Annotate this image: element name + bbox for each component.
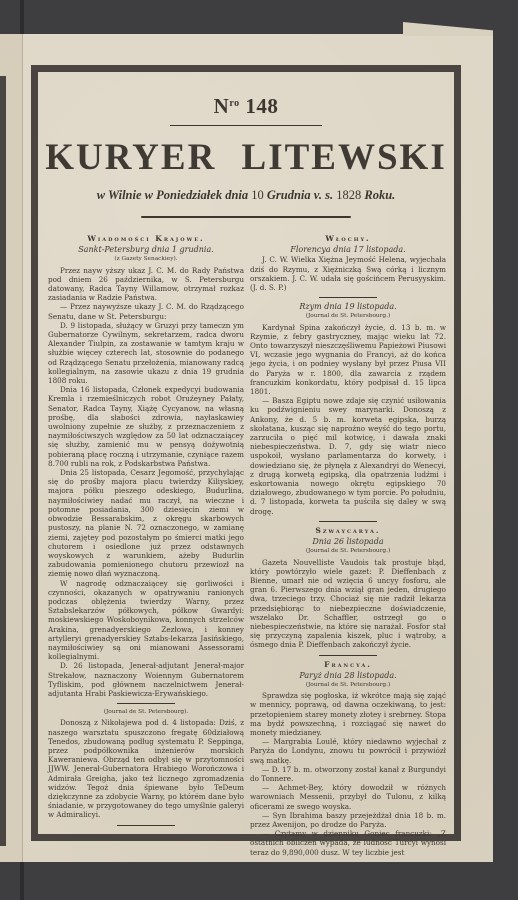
article-paragraph: Gazeta Nouvelliste Vaudois tak prostuje … <box>250 558 446 650</box>
article-paragraph: — Czytamy w dzienniku Goniec francuzki: … <box>250 829 446 857</box>
article-separator <box>117 703 175 704</box>
place-dateline: Paryż dnia 28 listopada. <box>250 671 446 680</box>
previous-page-edge <box>0 34 23 862</box>
source-note: (z Gazety Senackiey). <box>48 255 244 264</box>
previous-page-frame-fragment <box>0 76 6 846</box>
article-separator <box>319 297 377 298</box>
section-heading-domestic: Wiadomości Krajowe. <box>48 234 244 243</box>
source-note: (Journal de St. Petersbourg.) <box>250 312 446 321</box>
masthead-rule-bottom <box>141 216 351 218</box>
article-paragraph: — Basza Egiptu nowe zdaje się czynić usi… <box>250 396 446 516</box>
section-heading-switzerland: Szwaycarya. <box>250 526 446 535</box>
folded-corner <box>403 22 493 36</box>
page-border-frame: Nro 148 KURYER LITEWSKI w Wilnie w Ponie… <box>31 65 461 841</box>
article-columns: Wiadomości Krajowe. Sankt-Petersburg dni… <box>48 234 446 857</box>
article-paragraph: W nagrodę odznaczaiącey się gorliwości i… <box>48 579 244 662</box>
article-paragraph: — Achmet-Bey, który dowodził w różnych w… <box>250 783 446 811</box>
section-heading-france: Francya. <box>250 660 446 669</box>
masthead-rule-top <box>170 125 322 126</box>
article-paragraph: Dnia 25 listopada, Cesarz Jegomość, przy… <box>48 468 244 578</box>
issue-number: Nro 148 <box>42 94 450 119</box>
section-heading-italy: Włochy. <box>250 234 446 243</box>
column-end-rule <box>117 825 175 826</box>
place-dateline: Rzym dnia 19 listopada. <box>250 302 446 311</box>
dateline: w Wilnie w Poniedziałek dnia 10 Grudnia … <box>42 188 450 203</box>
newspaper-page: Nro 148 KURYER LITEWSKI w Wilnie w Ponie… <box>23 34 493 862</box>
left-column: Wiadomości Krajowe. Sankt-Petersburg dni… <box>48 234 244 857</box>
article-paragraph: — Przez naywyższe ukazy J. C. M. do Rząd… <box>48 302 244 320</box>
article-paragraph: Dnia 16 listopada, Członek expedycyi bud… <box>48 385 244 468</box>
article-paragraph: D. 9 listopada, służący w Gruzyi przy ta… <box>48 321 244 385</box>
source-note: (Journal de St. Petersbourg). <box>48 708 244 717</box>
article-paragraph: — Margrabia Loulé, który niedawno wyjech… <box>250 737 446 765</box>
article-paragraph: D. 26 listopada, Jenerał-adjutant Jenera… <box>48 661 244 698</box>
article-paragraph: Przez nayw yższy ukaz J. C. M. do Rady P… <box>48 266 244 303</box>
article-separator <box>319 655 377 656</box>
right-column: Włochy. Florencya dnia 17 listopada. J. … <box>250 234 446 857</box>
article-paragraph: Donoszą z Nikołajewa pod d. 4 listopada:… <box>48 718 244 819</box>
article-paragraph: J. C. W. Wielka Xiężna Jeymość Helena, w… <box>250 255 446 292</box>
source-note: (Journal de St. Petersbourg.) <box>250 547 446 556</box>
article-paragraph: — Syn Ibrahima baszy przejeżdżał dnia 18… <box>250 811 446 829</box>
newspaper-title: KURYER LITEWSKI <box>42 136 450 179</box>
place-dateline: Dnia 26 listopada <box>250 537 446 546</box>
article-separator <box>319 521 377 522</box>
source-note: (Journal de St. Petersbourg.) <box>250 681 446 690</box>
masthead: Nro 148 KURYER LITEWSKI w Wilnie w Ponie… <box>42 94 450 218</box>
article-paragraph: Sprawdza się pogłoska, iż wkrótce mają s… <box>250 691 446 737</box>
place-dateline: Florencya dnia 17 listopada. <box>250 245 446 254</box>
article-paragraph: — D. 17 b. m. otworzony został kanał z B… <box>250 765 446 783</box>
article-paragraph: Kardynał Spina zakończył życie, d. 13 b.… <box>250 323 446 397</box>
place-dateline: Sankt-Petersburg dnia 1 grudnia. <box>48 245 244 254</box>
